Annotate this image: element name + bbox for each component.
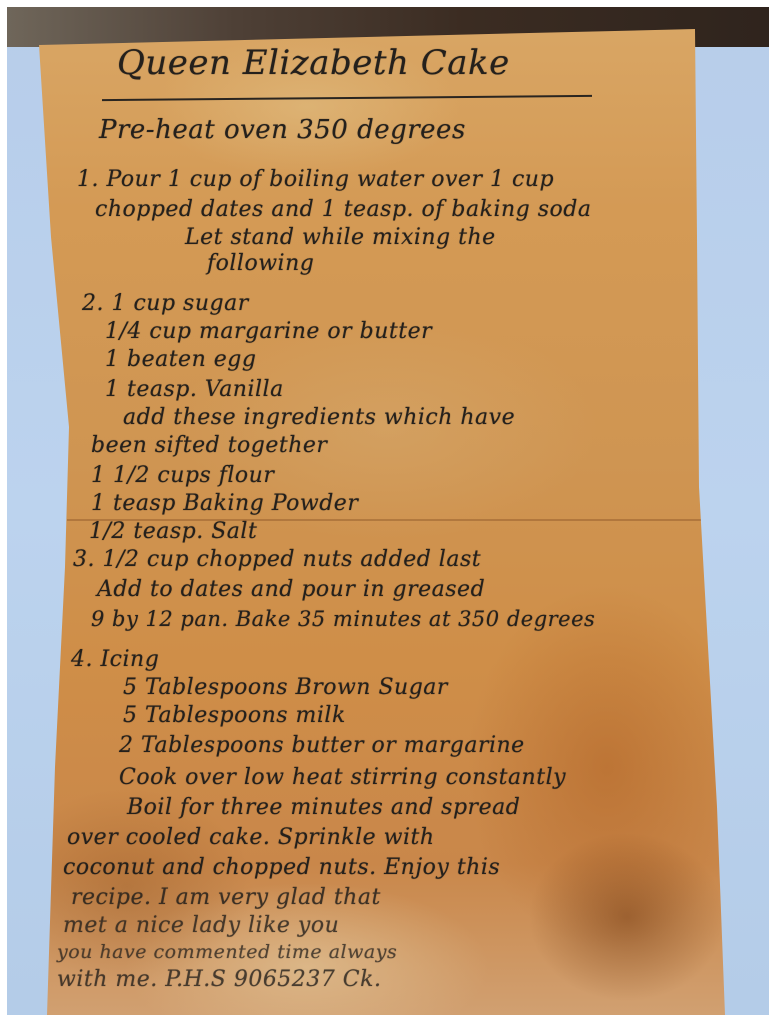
step4-line: Boil for three minutes and spread [127, 795, 520, 820]
step2-line: 1 teasp Baking Powder [91, 491, 358, 516]
step3-line: 3. 1/2 cup chopped nuts added last [73, 547, 481, 572]
step3-line: Add to dates and pour in greased [97, 577, 485, 602]
step2-line: 2. 1 cup sugar [82, 291, 249, 316]
step4-line: you have commented time always [57, 941, 397, 963]
step4-line: 2 Tablespoons butter or margarine [119, 733, 525, 758]
step1-line: chopped dates and 1 teasp. of baking sod… [95, 197, 591, 222]
step2-line: 1/2 teasp. Salt [89, 519, 257, 544]
step2-line: been sifted together [91, 433, 327, 458]
step4-line: over cooled cake. Sprinkle with [67, 825, 435, 850]
step3-line: 9 by 12 pan. Bake 35 minutes at 350 degr… [91, 607, 595, 631]
step4-line: Cook over low heat stirring constantly [119, 765, 566, 790]
step4-line: with me. P.H.S 9065237 Ck. [57, 967, 381, 992]
step4-line: met a nice lady like you [63, 913, 339, 938]
step2-line: 1/4 cup margarine or butter [105, 319, 432, 344]
recipe-card: Queen Elizabeth Cake Pre-heat oven 350 d… [7, 7, 769, 1015]
step4-line: 5 Tablespoons milk [123, 703, 346, 728]
step2-line: add these ingredients which have [123, 405, 515, 430]
step4-line: 4. Icing [71, 647, 159, 672]
step2-line: 1 1/2 cups flour [91, 463, 274, 488]
step1-line: following [207, 251, 314, 276]
title-underline [102, 95, 592, 101]
photo-frame: Queen Elizabeth Cake Pre-heat oven 350 d… [7, 7, 769, 1015]
step2-line: 1 teasp. Vanilla [105, 377, 284, 402]
step4-line: 5 Tablespoons Brown Sugar [123, 675, 448, 700]
step2-line: 1 beaten egg [105, 347, 256, 372]
step4-line: recipe. I am very glad that [71, 885, 381, 910]
step1-line: Let stand while mixing the [185, 225, 496, 250]
step4-line: coconut and chopped nuts. Enjoy this [63, 855, 500, 880]
preheat-line: Pre-heat oven 350 degrees [99, 115, 466, 145]
step1-line: 1. Pour 1 cup of boiling water over 1 cu… [77, 167, 554, 192]
recipe-title: Queen Elizabeth Cake [117, 43, 510, 83]
